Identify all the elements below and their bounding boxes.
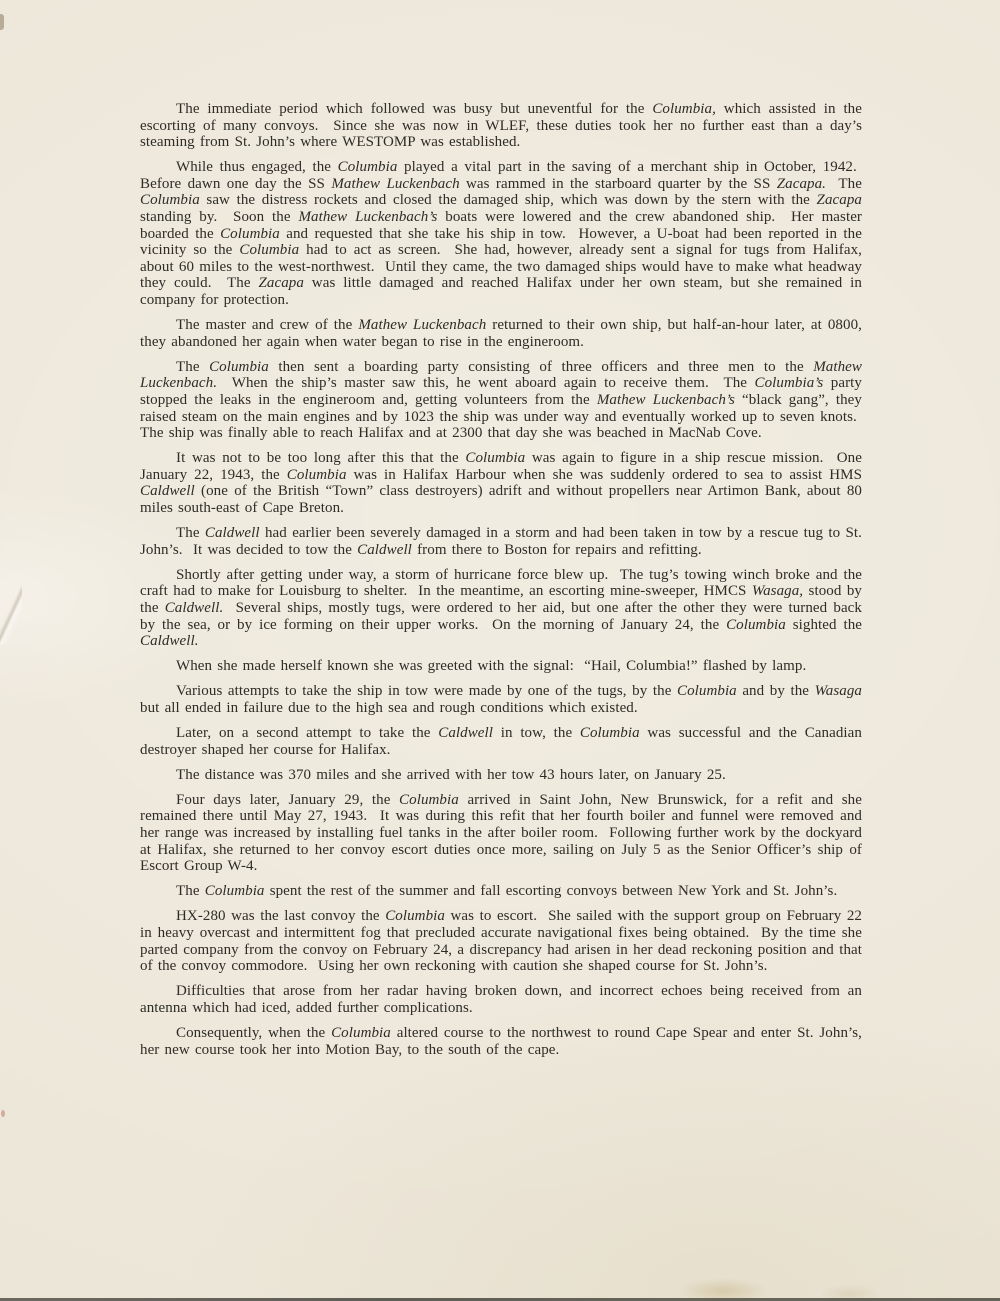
ship-name: Columbia bbox=[205, 883, 265, 899]
text-run: spent the rest of the summer and fall es… bbox=[265, 883, 838, 899]
ship-name: Mathew Luckenbach bbox=[331, 176, 459, 192]
text-run: The master and crew of the bbox=[176, 317, 358, 333]
text-run: Various attempts to take the ship in tow… bbox=[176, 683, 677, 699]
ship-name: Wasaga, bbox=[752, 583, 803, 599]
ship-name: Caldwell bbox=[140, 483, 195, 499]
ship-name: Columbia bbox=[465, 450, 525, 466]
paragraph-8: When she made herself known she was gree… bbox=[140, 658, 862, 675]
text-run: Consequently, when the bbox=[176, 1025, 331, 1041]
paragraph-13: The Columbia spent the rest of the summe… bbox=[140, 883, 862, 900]
ship-name: Columbia, bbox=[652, 101, 716, 117]
paragraph-11: The distance was 370 miles and she arriv… bbox=[140, 767, 862, 784]
paragraph-2: While thus engaged, the Columbia played … bbox=[140, 159, 862, 308]
text-run: When the ship’s master saw this, he went… bbox=[217, 375, 754, 391]
ship-name: Mathew Luckenbach bbox=[358, 317, 486, 333]
text-run: Four days later, January 29, the bbox=[176, 792, 399, 808]
text-run: The bbox=[176, 359, 209, 375]
text-run: While thus engaged, the bbox=[176, 159, 338, 175]
ship-name: Zacapa bbox=[817, 192, 862, 208]
text-run: The distance was 370 miles and she arriv… bbox=[176, 767, 726, 783]
scanned-page: The immediate period which followed was … bbox=[0, 0, 1000, 1301]
scan-edge-speck bbox=[0, 14, 4, 30]
ship-name: Columbia bbox=[338, 159, 398, 175]
ship-name: Caldwell bbox=[438, 725, 493, 741]
paragraph-15: Difficulties that arose from her radar h… bbox=[140, 983, 862, 1016]
paragraph-4: The Columbia then sent a boarding party … bbox=[140, 359, 862, 442]
scan-edge-speck bbox=[1, 1110, 5, 1117]
paragraph-7: Shortly after getting under way, a storm… bbox=[140, 567, 862, 650]
text-run: The bbox=[176, 525, 205, 541]
text-run: then sent a boarding party consisting of… bbox=[269, 359, 813, 375]
text-run: sighted the bbox=[786, 617, 862, 633]
ship-name: Caldwell. bbox=[165, 600, 224, 616]
ship-name: Caldwell bbox=[205, 525, 260, 541]
ship-name: Columbia’s bbox=[755, 375, 824, 391]
ship-name: Columbia bbox=[209, 359, 269, 375]
ship-name: Columbia bbox=[399, 792, 459, 808]
paragraph-14: HX-280 was the last convoy the Columbia … bbox=[140, 908, 862, 974]
ship-name: Columbia bbox=[385, 908, 445, 924]
ship-name: Columbia bbox=[220, 226, 280, 242]
text-run: It was not to be too long after this tha… bbox=[176, 450, 465, 466]
ship-name: Caldwell bbox=[357, 542, 412, 558]
paragraph-1: The immediate period which followed was … bbox=[140, 101, 862, 151]
text-run: was in Halifax Harbour when she was sudd… bbox=[347, 467, 862, 483]
text-run: (one of the British “Town” class destroy… bbox=[140, 483, 862, 516]
paragraph-6: The Caldwell had earlier been severely d… bbox=[140, 525, 862, 558]
text-run: Later, on a second attempt to take the bbox=[176, 725, 438, 741]
paragraph-3: The master and crew of the Mathew Lucken… bbox=[140, 317, 862, 350]
text-run: The immediate period which followed was … bbox=[176, 101, 652, 117]
paragraph-10: Later, on a second attempt to take the C… bbox=[140, 725, 862, 758]
text-run: and by the bbox=[737, 683, 815, 699]
ship-name: Columbia bbox=[677, 683, 737, 699]
paragraph-12: Four days later, January 29, the Columbi… bbox=[140, 792, 862, 875]
paragraph-9: Various attempts to take the ship in tow… bbox=[140, 683, 862, 716]
ship-name: Mathew Luckenbach’s bbox=[597, 392, 735, 408]
ship-name: Zacapa bbox=[258, 275, 303, 291]
text-run: but all ended in failure due to the high… bbox=[140, 700, 638, 716]
ship-name: Columbia bbox=[140, 192, 200, 208]
paper-crease bbox=[0, 585, 22, 645]
ship-name: Wasaga bbox=[815, 683, 862, 699]
text-run: was rammed in the starboard quarter by t… bbox=[460, 176, 777, 192]
ship-name: Zacapa. bbox=[777, 176, 826, 192]
ship-name: Columbia bbox=[287, 467, 347, 483]
text-run: in tow, the bbox=[493, 725, 580, 741]
text-run: Difficulties that arose from her radar h… bbox=[140, 983, 862, 1016]
paragraph-16: Consequently, when the Columbia altered … bbox=[140, 1025, 862, 1058]
ship-name: Columbia bbox=[580, 725, 640, 741]
text-run: saw the distress rockets and closed the … bbox=[200, 192, 817, 208]
text-run: HX-280 was the last convoy the bbox=[176, 908, 385, 924]
text-run: The bbox=[176, 883, 205, 899]
ship-name: Columbia bbox=[239, 242, 299, 258]
paragraph-5: It was not to be too long after this tha… bbox=[140, 450, 862, 516]
ship-name: Mathew Luckenbach’s bbox=[298, 209, 437, 225]
ship-name: Caldwell. bbox=[140, 633, 199, 649]
text-run: The bbox=[826, 176, 862, 192]
text-run: standing by. Soon the bbox=[140, 209, 298, 225]
page-text-block: The immediate period which followed was … bbox=[140, 101, 862, 1067]
text-run: from there to Boston for repairs and ref… bbox=[412, 542, 702, 558]
ship-name: Columbia bbox=[726, 617, 786, 633]
text-run: When she made herself known she was gree… bbox=[176, 658, 806, 674]
ship-name: Columbia bbox=[331, 1025, 391, 1041]
